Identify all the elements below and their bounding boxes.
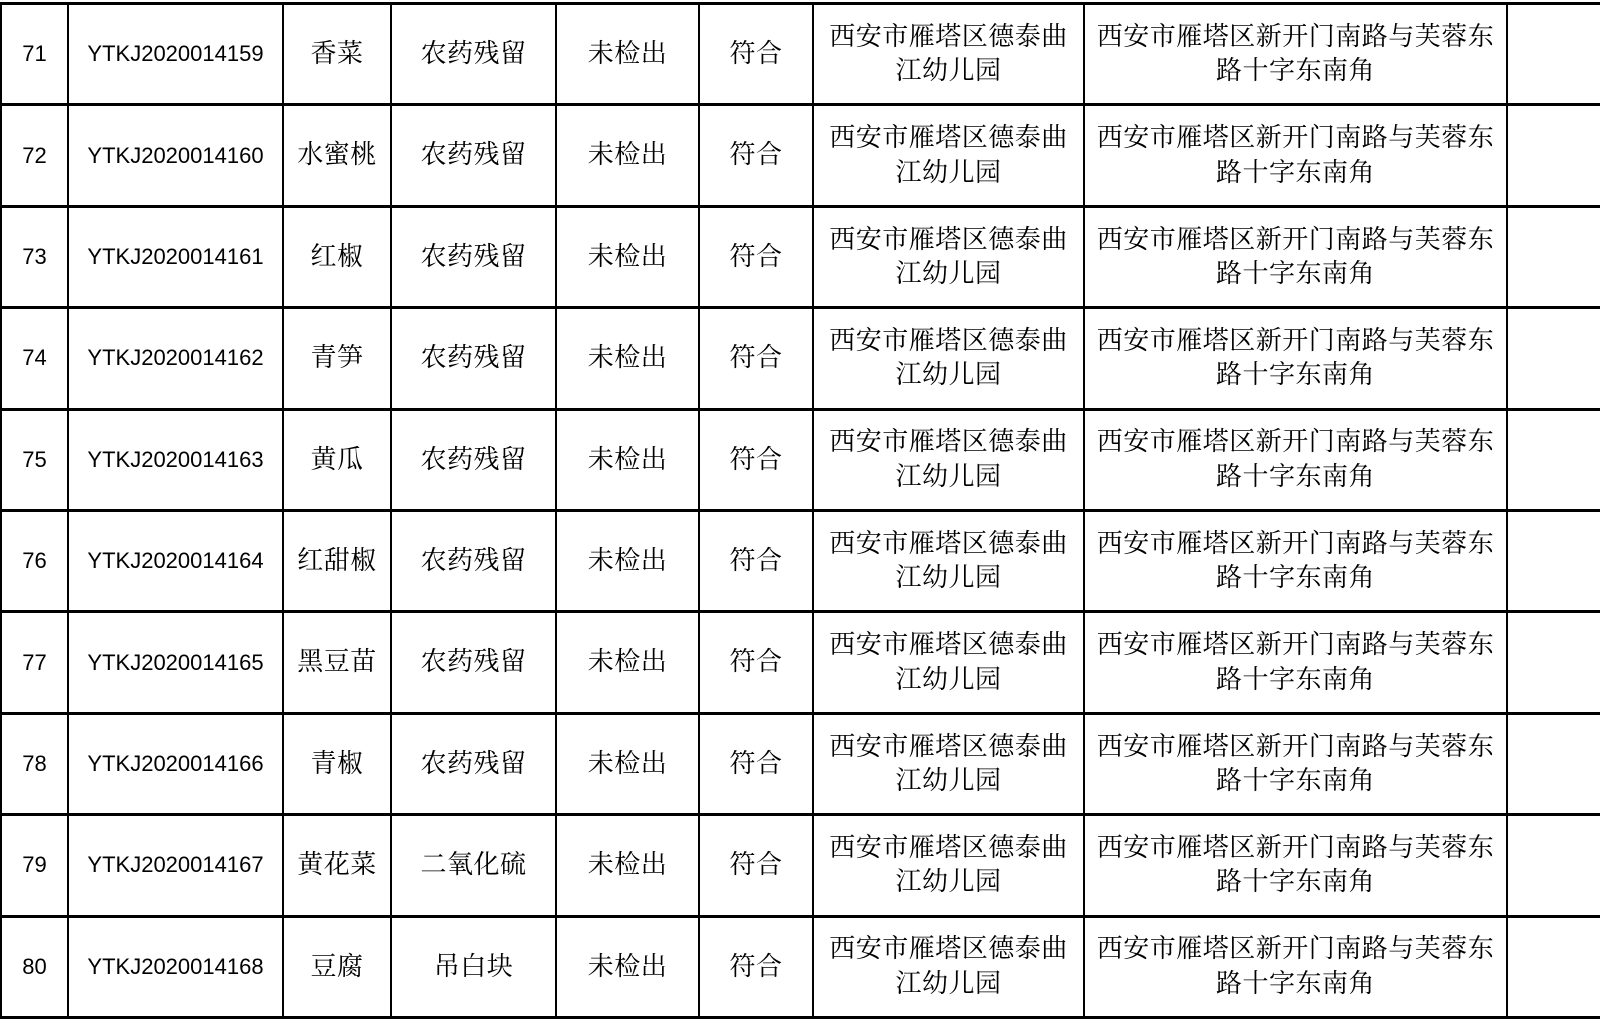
- remark-cell: [1507, 815, 1600, 916]
- conclusion-cell: 符合: [699, 308, 813, 409]
- table-row: 76YTKJ2020014164红甜椒农药残留未检出符合西安市雁塔区德泰曲江幼儿…: [1, 510, 1600, 611]
- remark-cell: [1507, 612, 1600, 713]
- table-row: 74YTKJ2020014162青笋农药残留未检出符合西安市雁塔区德泰曲江幼儿园…: [1, 308, 1600, 409]
- sampled-unit-address-cell: 西安市雁塔区新开门南路与芙蓉东路十字东南角: [1084, 510, 1507, 611]
- test-result-cell: 未检出: [556, 308, 699, 409]
- table-row: 73YTKJ2020014161红椒农药残留未检出符合西安市雁塔区德泰曲江幼儿园…: [1, 206, 1600, 307]
- test-item-cell: 农药残留: [391, 4, 556, 105]
- sampled-unit-address-cell: 西安市雁塔区新开门南路与芙蓉东路十字东南角: [1084, 612, 1507, 713]
- test-item-cell: 农药残留: [391, 206, 556, 307]
- row-number-cell: 73: [1, 206, 68, 307]
- sampled-unit-cell: 西安市雁塔区德泰曲江幼儿园: [813, 409, 1084, 510]
- table-row: 72YTKJ2020014160水蜜桃农药残留未检出符合西安市雁塔区德泰曲江幼儿…: [1, 105, 1600, 206]
- sampled-unit-address-cell: 西安市雁塔区新开门南路与芙蓉东路十字东南角: [1084, 713, 1507, 814]
- row-number-cell: 74: [1, 308, 68, 409]
- row-number-cell: 77: [1, 612, 68, 713]
- sampled-unit-cell: 西安市雁塔区德泰曲江幼儿园: [813, 612, 1084, 713]
- sample-code-cell: YTKJ2020014164: [68, 510, 283, 611]
- row-number-cell: 80: [1, 916, 68, 1017]
- test-item-cell: 农药残留: [391, 409, 556, 510]
- table-row: 80YTKJ2020014168豆腐吊白块未检出符合西安市雁塔区德泰曲江幼儿园西…: [1, 916, 1600, 1017]
- conclusion-cell: 符合: [699, 510, 813, 611]
- test-result-cell: 未检出: [556, 612, 699, 713]
- test-result-cell: 未检出: [556, 916, 699, 1017]
- sample-code-cell: YTKJ2020014160: [68, 105, 283, 206]
- remark-cell: [1507, 105, 1600, 206]
- table-row: 79YTKJ2020014167黄花菜二氧化硫未检出符合西安市雁塔区德泰曲江幼儿…: [1, 815, 1600, 916]
- sampled-unit-cell: 西安市雁塔区德泰曲江幼儿园: [813, 105, 1084, 206]
- sample-code-cell: YTKJ2020014162: [68, 308, 283, 409]
- test-result-cell: 未检出: [556, 105, 699, 206]
- sample-name-cell: 水蜜桃: [283, 105, 391, 206]
- conclusion-cell: 符合: [699, 612, 813, 713]
- remark-cell: [1507, 510, 1600, 611]
- test-item-cell: 农药残留: [391, 612, 556, 713]
- sample-code-cell: YTKJ2020014161: [68, 206, 283, 307]
- test-result-cell: 未检出: [556, 4, 699, 105]
- row-number-cell: 75: [1, 409, 68, 510]
- table-row: 78YTKJ2020014166青椒农药残留未检出符合西安市雁塔区德泰曲江幼儿园…: [1, 713, 1600, 814]
- row-number-cell: 79: [1, 815, 68, 916]
- sample-name-cell: 豆腐: [283, 916, 391, 1017]
- sampled-unit-cell: 西安市雁塔区德泰曲江幼儿园: [813, 713, 1084, 814]
- sample-code-cell: YTKJ2020014168: [68, 916, 283, 1017]
- remark-cell: [1507, 916, 1600, 1017]
- sample-code-cell: YTKJ2020014165: [68, 612, 283, 713]
- sampled-unit-address-cell: 西安市雁塔区新开门南路与芙蓉东路十字东南角: [1084, 409, 1507, 510]
- test-result-cell: 未检出: [556, 510, 699, 611]
- sampled-unit-cell: 西安市雁塔区德泰曲江幼儿园: [813, 916, 1084, 1017]
- sampled-unit-address-cell: 西安市雁塔区新开门南路与芙蓉东路十字东南角: [1084, 206, 1507, 307]
- sample-name-cell: 青椒: [283, 713, 391, 814]
- conclusion-cell: 符合: [699, 4, 813, 105]
- test-item-cell: 农药残留: [391, 713, 556, 814]
- sample-code-cell: YTKJ2020014167: [68, 815, 283, 916]
- table-row: 75YTKJ2020014163黄瓜农药残留未检出符合西安市雁塔区德泰曲江幼儿园…: [1, 409, 1600, 510]
- sampled-unit-cell: 西安市雁塔区德泰曲江幼儿园: [813, 308, 1084, 409]
- remark-cell: [1507, 713, 1600, 814]
- sample-name-cell: 黑豆苗: [283, 612, 391, 713]
- conclusion-cell: 符合: [699, 815, 813, 916]
- sample-code-cell: YTKJ2020014166: [68, 713, 283, 814]
- sample-name-cell: 红椒: [283, 206, 391, 307]
- test-item-cell: 吊白块: [391, 916, 556, 1017]
- sample-name-cell: 香菜: [283, 4, 391, 105]
- row-number-cell: 78: [1, 713, 68, 814]
- sampled-unit-cell: 西安市雁塔区德泰曲江幼儿园: [813, 815, 1084, 916]
- remark-cell: [1507, 409, 1600, 510]
- test-item-cell: 农药残留: [391, 105, 556, 206]
- conclusion-cell: 符合: [699, 206, 813, 307]
- sampled-unit-address-cell: 西安市雁塔区新开门南路与芙蓉东路十字东南角: [1084, 308, 1507, 409]
- sampled-unit-cell: 西安市雁塔区德泰曲江幼儿园: [813, 510, 1084, 611]
- test-item-cell: 农药残留: [391, 510, 556, 611]
- conclusion-cell: 符合: [699, 409, 813, 510]
- sampled-unit-address-cell: 西安市雁塔区新开门南路与芙蓉东路十字东南角: [1084, 105, 1507, 206]
- sample-code-cell: YTKJ2020014159: [68, 4, 283, 105]
- sampled-unit-address-cell: 西安市雁塔区新开门南路与芙蓉东路十字东南角: [1084, 916, 1507, 1017]
- document-page: 71YTKJ2020014159香菜农药残留未检出符合西安市雁塔区德泰曲江幼儿园…: [0, 0, 1600, 1028]
- test-result-cell: 未检出: [556, 409, 699, 510]
- sampled-unit-cell: 西安市雁塔区德泰曲江幼儿园: [813, 4, 1084, 105]
- test-result-cell: 未检出: [556, 713, 699, 814]
- row-number-cell: 71: [1, 4, 68, 105]
- test-result-cell: 未检出: [556, 815, 699, 916]
- row-number-cell: 76: [1, 510, 68, 611]
- conclusion-cell: 符合: [699, 713, 813, 814]
- table-row: 77YTKJ2020014165黑豆苗农药残留未检出符合西安市雁塔区德泰曲江幼儿…: [1, 612, 1600, 713]
- remark-cell: [1507, 206, 1600, 307]
- test-result-cell: 未检出: [556, 206, 699, 307]
- sampled-unit-address-cell: 西安市雁塔区新开门南路与芙蓉东路十字东南角: [1084, 4, 1507, 105]
- food-safety-sampling-table: 71YTKJ2020014159香菜农药残留未检出符合西安市雁塔区德泰曲江幼儿园…: [0, 2, 1600, 1019]
- sample-name-cell: 青笋: [283, 308, 391, 409]
- conclusion-cell: 符合: [699, 916, 813, 1017]
- test-item-cell: 二氧化硫: [391, 815, 556, 916]
- test-item-cell: 农药残留: [391, 308, 556, 409]
- sampled-unit-address-cell: 西安市雁塔区新开门南路与芙蓉东路十字东南角: [1084, 815, 1507, 916]
- sample-name-cell: 黄花菜: [283, 815, 391, 916]
- sample-name-cell: 黄瓜: [283, 409, 391, 510]
- conclusion-cell: 符合: [699, 105, 813, 206]
- sampled-unit-cell: 西安市雁塔区德泰曲江幼儿园: [813, 206, 1084, 307]
- sample-name-cell: 红甜椒: [283, 510, 391, 611]
- row-number-cell: 72: [1, 105, 68, 206]
- sample-code-cell: YTKJ2020014163: [68, 409, 283, 510]
- remark-cell: [1507, 308, 1600, 409]
- remark-cell: [1507, 4, 1600, 105]
- table-row: 71YTKJ2020014159香菜农药残留未检出符合西安市雁塔区德泰曲江幼儿园…: [1, 4, 1600, 105]
